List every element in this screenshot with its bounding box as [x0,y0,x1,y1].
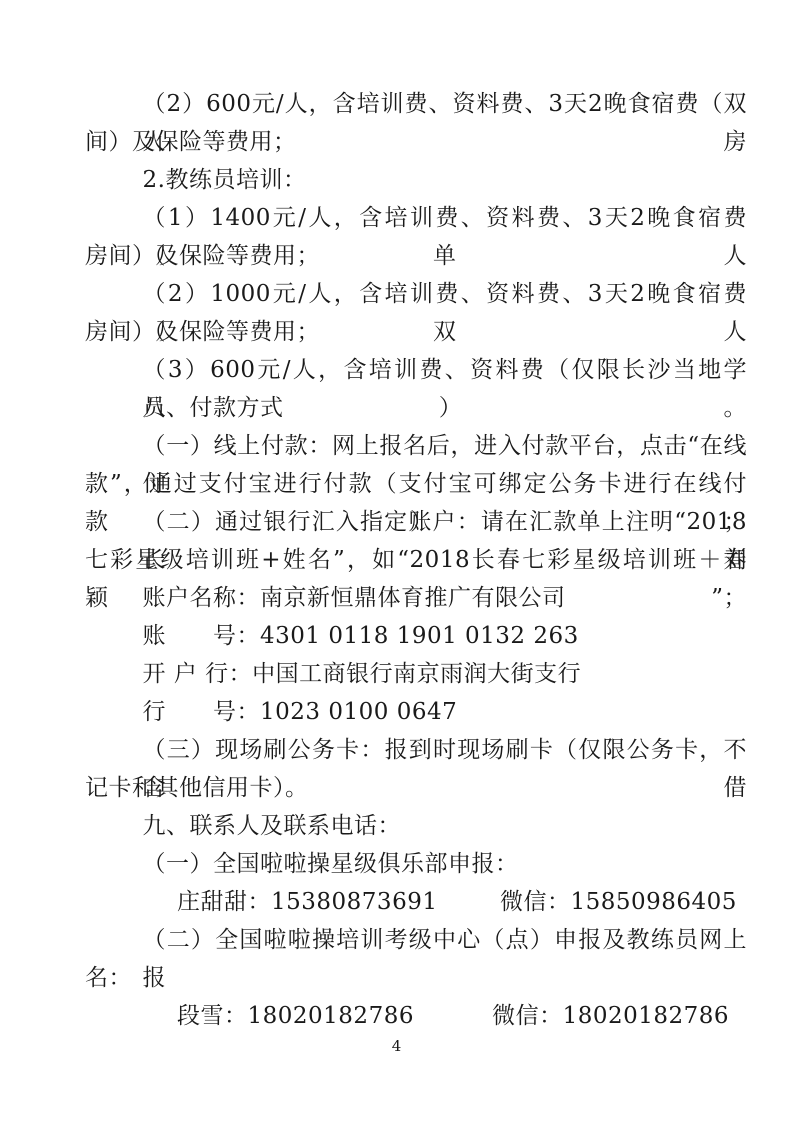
document-text-line: （三）现场刷公务卡：报到时现场刷卡（仅限公务卡，不含借 [85,731,747,769]
document-text-line: 段雪：18020182786 微信：18020182786 [85,997,747,1035]
document-text-line: 开 户 行：中国工商银行南京雨润大街支行 [85,655,747,693]
document-text-line: 七彩星级培训班+姓名”，如“2018长春七彩星级培训班＋刘颖”； [85,541,747,579]
document-text-line: 账 号：4301 0118 1901 0132 263 [85,617,747,655]
document-text-line: 2.教练员培训： [85,161,747,199]
document-text-line: （1）1400元/人，含培训费、资料费、3天2晚食宿费（单人 [85,199,747,237]
document-text-line: （2）600元/人，含培训费、资料费、3天2晚食宿费（双人房 [85,85,747,123]
document-body-text: （2）600元/人，含培训费、资料费、3天2晚食宿费（双人房间）及保险等费用；2… [85,85,747,1035]
document-text-line: （2）1000元/人，含培训费、资料费、3天2晚食宿费（双人 [85,275,747,313]
document-text-line: （二）通过银行汇入指定账户：请在汇款单上注明“2018长春 [85,503,747,541]
document-text-line: （二）全国啦啦操培训考级中心（点）申报及教练员网上报 [85,921,747,959]
document-text-line: （一）线上付款：网上报名后，进入付款平台，点击“在线付 [85,427,747,465]
document-text-line: 九、联系人及联系电话： [85,807,747,845]
page-number: 4 [0,1036,793,1056]
document-text-line: 庄甜甜：15380873691 微信：15850986405 [85,883,747,921]
document-page: （2）600元/人，含培训费、资料费、3天2晚食宿费（双人房间）及保险等费用；2… [0,0,793,1122]
document-text-line: （3）600元/人，含培训费、资料费（仅限长沙当地学员）。 [85,351,747,389]
document-text-line: 款”，通过支付宝进行付款（支付宝可绑定公务卡进行在线付款）； [85,465,747,503]
document-text-line: 名： [85,959,747,997]
document-text-line: （一）全国啦啦操星级俱乐部申报： [85,845,747,883]
document-text-line: 行 号：1023 0100 0647 [85,693,747,731]
